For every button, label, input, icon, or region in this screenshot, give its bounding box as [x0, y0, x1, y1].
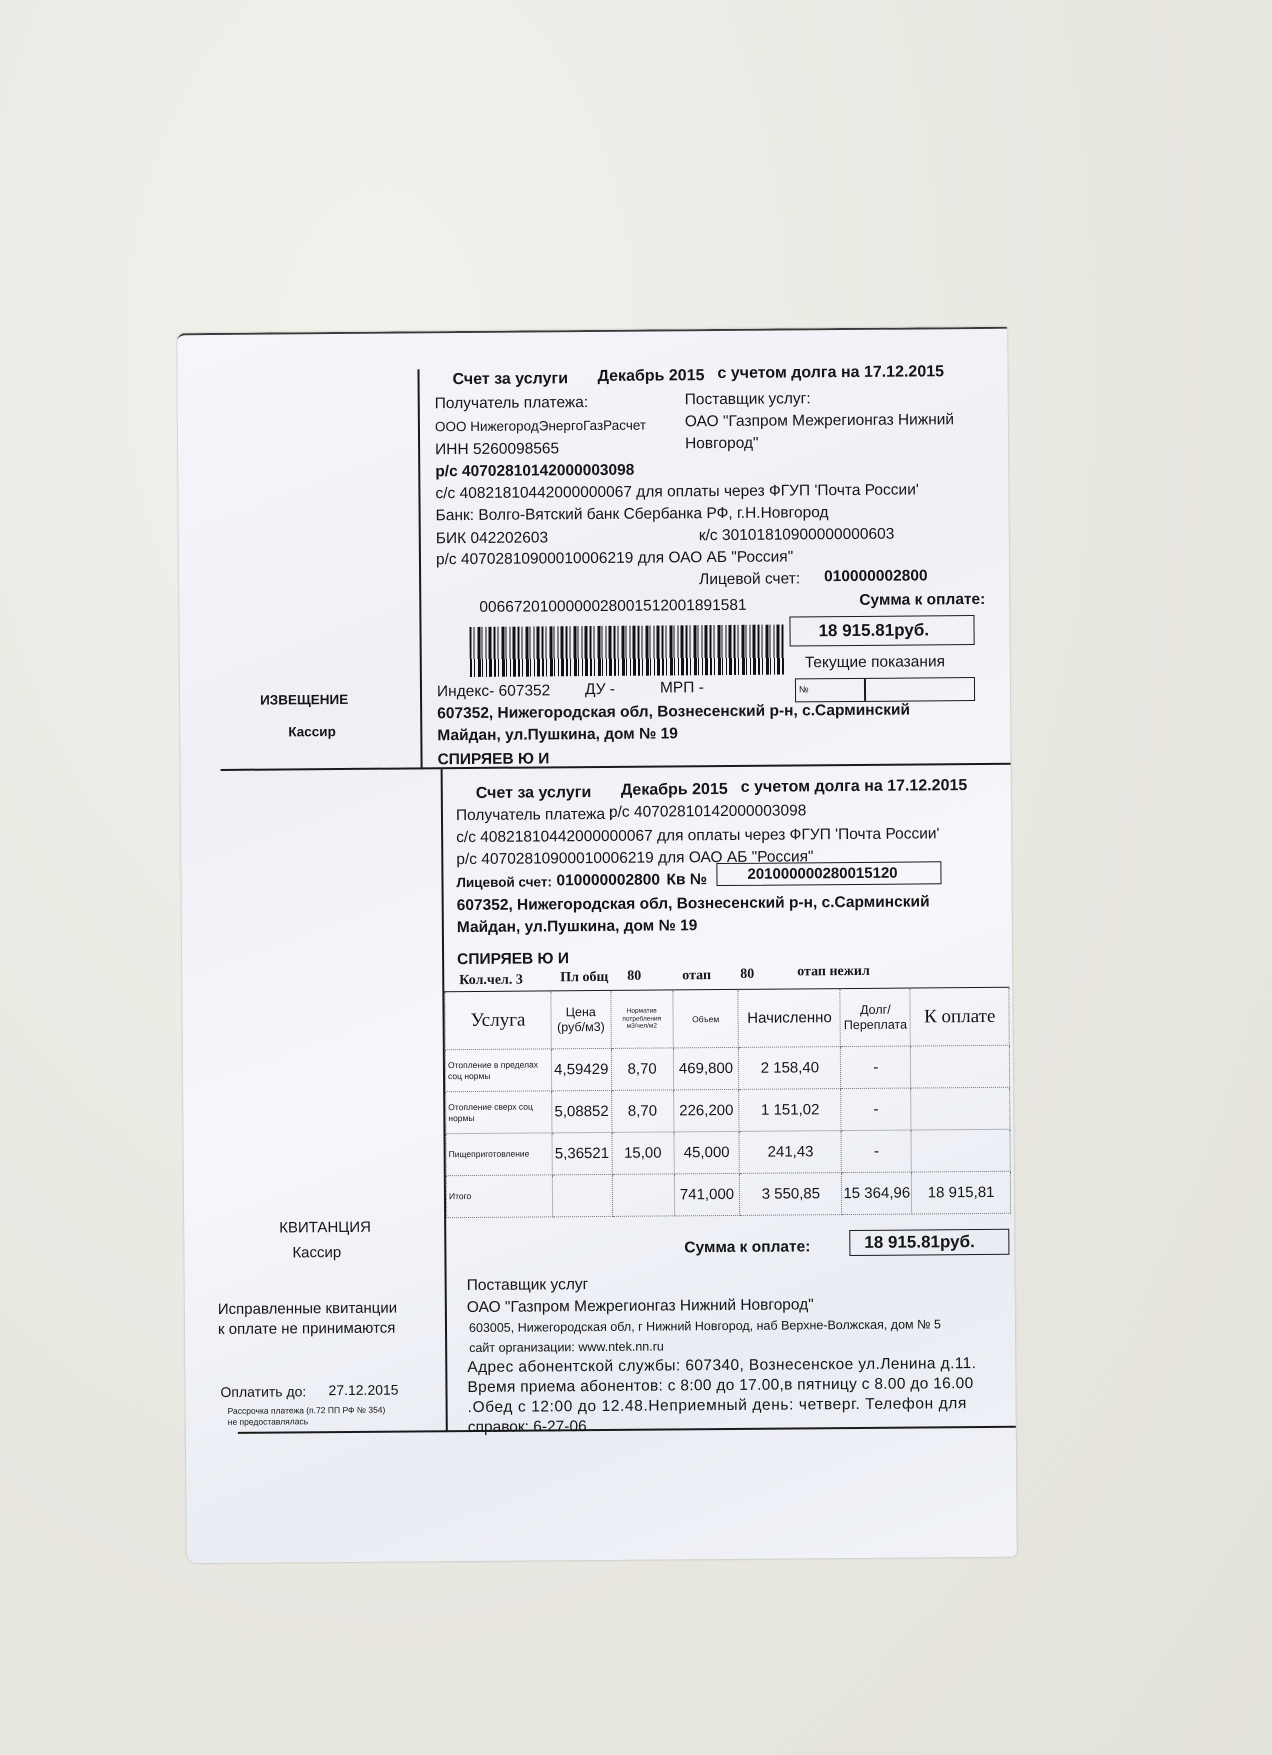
receipt-header-debt-note: с учетом долга на 17.12.2015: [741, 777, 968, 797]
cell-volume: 45,000: [674, 1131, 740, 1174]
receipt-amount-label: Сумма к оплате:: [684, 1238, 810, 1257]
receipt-amount-box: 18 915.81руб.: [849, 1229, 1009, 1256]
area-total-label: Пл общ: [560, 970, 608, 986]
cell-service: Отопление в пределах соц нормы: [445, 1049, 551, 1092]
receipt-supplier-name: ОАО "Газпром Межрегионгаз Нижний Новгоро…: [467, 1296, 814, 1317]
notice-personal-account: 010000002800: [824, 567, 928, 586]
notice-header-period: Декабрь 2015: [597, 367, 704, 386]
due-label: Оплатить до:: [220, 1383, 306, 1400]
notice-supplier-label: Поставщик услуг:: [685, 390, 811, 409]
cell-charged: 3 550,85: [740, 1173, 842, 1216]
cell-debt: -: [841, 1130, 911, 1173]
col-to-pay: К оплате: [910, 987, 1009, 1046]
area-heated: 80: [740, 967, 754, 983]
receipt-recipient-label: Получатель платежа :: [456, 806, 614, 825]
receipt-website: сайт организации: www.ntek.nn.ru: [469, 1339, 664, 1355]
table-row: Пищеприготовление 5,36521 15,00 45,000 2…: [446, 1129, 1010, 1175]
section-divider: [221, 763, 1011, 771]
notice-mrp: МРП -: [660, 679, 704, 697]
receipt-address-2: Майдан, ул.Пушкина, дом № 19: [457, 917, 698, 937]
cell-norm: 8,70: [611, 1090, 673, 1132]
notice-special-account: с/с 40821810442000000067 для оплаты чере…: [435, 481, 918, 503]
area-info: Кол.чел. 3 Пл общ 80 отап 80 отап нежил: [177, 329, 1007, 336]
col-norm: Нормативпотреблениям3/чел/м2: [611, 990, 673, 1048]
area-nonres-label: отап нежил: [797, 964, 870, 981]
receipt-settlement-account: р/с 40702810142000003098: [609, 802, 807, 822]
cell-price: [552, 1174, 612, 1216]
notice-payer: СПИРЯЕВ Ю И: [437, 750, 549, 769]
col-debt: Долг/Переплата: [840, 988, 910, 1047]
receipt-side-title: КВИТАНЦИЯ: [279, 1219, 371, 1237]
table-header-row: Услуга Цена(руб/м3) Нормативпотреблениям…: [445, 987, 1009, 1049]
cell-debt: -: [841, 1088, 911, 1131]
notice-supplier-name-1: ОАО "Газпром Межрегионгаз Нижний: [685, 411, 954, 431]
cell-debt: 15 364,96: [842, 1172, 912, 1215]
cell-service: Пищеприготовление: [446, 1133, 552, 1176]
cell-volume: 741,000: [674, 1173, 740, 1216]
receipt-side-cashier: Кассир: [292, 1244, 341, 1261]
service-lunch: .Обед с 12:00 до 12.48.Неприемный день: …: [468, 1395, 967, 1417]
notice-bank: Банк: Волго-Вятский банк Сбербанка РФ, г…: [436, 504, 829, 525]
services-table: Услуга Цена(руб/м3) Нормативпотреблениям…: [444, 987, 1011, 1218]
installment-note-1: Рассрочка платежа (п.72 ПП РФ № 354): [228, 1405, 386, 1416]
notice-header-label: Счет за услуги: [452, 370, 568, 389]
readings-box[interactable]: №: [795, 677, 975, 702]
cell-charged: 2 158,40: [739, 1047, 841, 1090]
col-service: Услуга: [445, 991, 551, 1050]
receipt-amount: 18 915.81руб.: [864, 1232, 975, 1253]
cell-norm: 8,70: [611, 1048, 673, 1090]
cell-to-pay: [911, 1045, 1010, 1088]
apartment-code-box: 201000000280015120: [716, 861, 941, 886]
notice-recipient-name: ООО НижегородЭнергоГазРасчет: [435, 418, 646, 435]
apartment-label: Кв №: [666, 871, 707, 889]
cell-volume: 469,800: [673, 1047, 739, 1090]
receipt-warning-2: к оплате не принимаются: [218, 1320, 396, 1338]
service-phone: справок: 6-27-06: [468, 1418, 587, 1437]
table-total-row: Итого 741,000 3 550,85 15 364,96 18 915,…: [446, 1171, 1010, 1217]
service-address: Адрес абонентской службы: 607340, Вознес…: [467, 1355, 976, 1377]
cell-to-pay: [911, 1087, 1010, 1130]
due-date: 27.12.2015: [328, 1382, 398, 1399]
left-divider-top: [417, 369, 422, 769]
cell-service: Отопление сверх соц нормы: [446, 1091, 552, 1134]
cell-norm: 15,00: [612, 1132, 674, 1174]
cell-to-pay: [911, 1129, 1010, 1172]
notice-header: Счет за услуги Декабрь 2015 с учетом дол…: [177, 329, 1007, 336]
apartment-code: 201000000280015120: [747, 865, 897, 883]
receipt-address-1: 607352, Нижегородская обл, Вознесенский …: [457, 893, 930, 915]
receipt-warning-1: Исправленные квитанции: [218, 1300, 397, 1318]
readings-number-label: №: [799, 684, 809, 694]
receipt-payer: СПИРЯЕВ Ю И: [457, 950, 569, 969]
area-total: 80: [627, 969, 641, 985]
notice-supplier-name-2: Новгород": [685, 435, 759, 454]
cell-service: Итого: [446, 1175, 552, 1218]
col-volume: Объем: [672, 989, 738, 1048]
notice-index: Индекс- 607352: [437, 682, 550, 701]
cell-volume: 226,200: [673, 1089, 739, 1132]
notice-recipient-inn: ИНН 5260098565: [435, 440, 559, 459]
service-hours: Время приема абонентов: с 8:00 до 17.00,…: [467, 1375, 973, 1397]
cell-price: 5,36521: [552, 1132, 612, 1174]
notice-amount-box: 18 915.81руб.: [789, 615, 974, 646]
notice-corr-account: к/с 30101810900000000603: [699, 526, 895, 546]
receipt-supplier-label: Поставщик услуг: [467, 1276, 589, 1295]
area-heated-label: отап: [682, 968, 711, 984]
notice-side-title: ИЗВЕЩЕНИЕ: [260, 692, 348, 708]
notice-address-1: 607352, Нижегородская обл, Вознесенский …: [437, 702, 910, 724]
barcode-number: 0066720100000028001512001891581: [479, 597, 746, 617]
receipt-special-account: с/с 40821810442000000067 для оплаты чере…: [456, 825, 939, 847]
payment-slip: ИЗВЕЩЕНИЕ Кассир Счет за услуги Декабрь …: [177, 327, 1017, 1563]
receipt-personal-account-label: Лицевой счет:: [456, 874, 552, 890]
notice-russia-account: р/с 40702810900010006219 для ОАО АБ "Рос…: [436, 548, 793, 569]
receipt-header: Счет за услуги Декабрь 2015 с учетом дол…: [177, 329, 1007, 336]
notice-amount: 18 915.81руб.: [818, 620, 929, 641]
cell-charged: 241,43: [739, 1131, 841, 1174]
receipt-supplier-address: 603005, Нижегородская обл, г Нижний Новг…: [469, 1317, 941, 1335]
col-price: Цена(руб/м3): [551, 990, 611, 1048]
receipt-personal-account: 010000002800: [556, 872, 660, 891]
cell-norm: [612, 1174, 674, 1216]
cell-to-pay: 18 915,81: [912, 1171, 1011, 1214]
bottom-line: [238, 1426, 1016, 1434]
notice-header-debt-note: с учетом долга на 17.12.2015: [717, 363, 944, 383]
cell-debt: -: [841, 1046, 911, 1089]
notice-settlement-account: р/с 40702810142000003098: [435, 462, 634, 482]
cell-price: 4,59429: [551, 1048, 611, 1090]
notice-side-cashier: Кассир: [288, 724, 336, 739]
table-row: Отопление в пределах соц нормы 4,59429 8…: [445, 1045, 1009, 1091]
readings-divider: [864, 679, 866, 701]
notice-personal-account-label: Лицевой счет:: [699, 570, 800, 589]
table-row: Отопление сверх соц нормы 5,08852 8,70 2…: [446, 1087, 1010, 1133]
notice-bik: БИК 042202603: [436, 529, 548, 548]
residents-count: Кол.чел. 3: [459, 973, 523, 989]
notice-recipient-label: Получатель платежа:: [435, 394, 589, 413]
notice-du: ДУ -: [585, 681, 615, 699]
barcode: [469, 625, 784, 677]
cell-charged: 1 151,02: [739, 1089, 841, 1132]
cell-price: 5,08852: [551, 1090, 611, 1132]
receipt-header-period: Декабрь 2015: [621, 781, 728, 800]
notice-amount-label: Сумма к оплате:: [859, 591, 985, 610]
installment-note-2: не предоставлялась: [228, 1416, 308, 1427]
notice-address-2: Майдан, ул.Пушкина, дом № 19: [437, 725, 678, 745]
col-charged: Начисленно: [738, 989, 840, 1048]
readings-label: Текущие показания: [805, 653, 945, 672]
receipt-header-label: Счет за услуги: [476, 784, 592, 803]
